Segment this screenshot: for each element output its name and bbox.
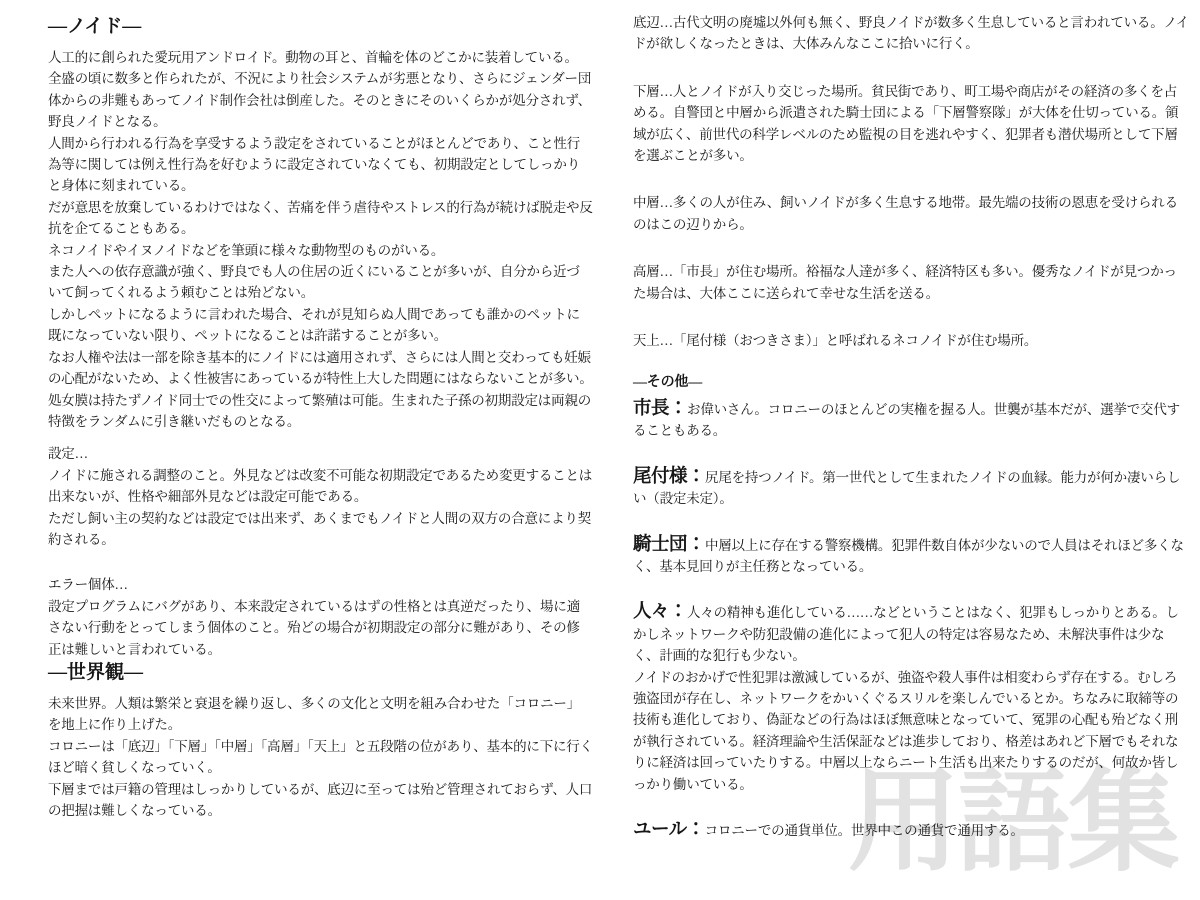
noid-paragraph: 処女膜は持たずノイド同士での性交によって繁殖は可能。生まれた子孫の初期設定は両親… [48,390,593,433]
noid-paragraph: また人への依存意識が強く、野良でも人の住居の近くにいることが多いが、自分から近づ… [48,261,593,304]
term-name: 市長： [633,397,687,418]
right-column: 底辺…古代文明の廃墟以外何も無く、野良ノイドが数多く生息していると言われている。… [633,0,1190,841]
noid-paragraph: 全盛の頃に数多と作られたが、不況により社会システムが劣悪となり、さらにジェンダー… [48,68,593,132]
settei-paragraph: ノイドに施される調整のこと。外見などは改変不可能な初期設定であるため変更すること… [48,465,593,508]
term-entry-otsukisama: 尾付様：尻尾を持つノイド。第一世代として生まれたノイドの血縁。能力が何か凄いらし… [633,465,1190,510]
sekaikan-paragraph: 未来世界。人類は繁栄と衰退を繰り返し、多くの文化と文明を組み合わせた「コロニー」… [48,693,593,736]
term-desc: 人々の精神も進化している……などということはなく、犯罪もしっかりとある。しかしネ… [633,605,1179,663]
error-kotai-paragraph: 設定プログラムにバグがあり、本来設定されているはずの性格とは真逆だったり、場に適… [48,596,593,660]
section-heading-sekaikan: ―世界観― [48,660,593,686]
term-name: 人々： [633,600,687,621]
layer-kasou-paragraph: 下層…人とノイドが入り交じった場所。貧民街であり、町工場や商店がその経済の多くを… [633,81,1190,167]
sekaikan-paragraph: 下層までは戸籍の管理はしっかりしているが、底辺に至っては殆ど管理されておらず、人… [48,779,593,822]
sekaikan-paragraph: コロニーは「底辺」「下層」「中層」「高層」「天上」と五段階の位があり、基本的に下… [48,736,593,779]
layer-chuusou-paragraph: 中層…多くの人が住み、飼いノイドが多く生息する地帯。最先端の技術の恩恵を受けられ… [633,192,1190,235]
noid-paragraph: 人工的に創られた愛玩用アンドロイド。動物の耳と、首輪を体のどこかに装着している。 [48,47,593,68]
noid-paragraph: しかしペットになるように言われた場合、それが見知らぬ人間であっても誰かのペットに… [48,304,593,347]
term-entry-shichou: 市長：お偉いさん。コロニーのほとんどの実権を握る人。世襲が基本だが、選挙で交代す… [633,397,1190,442]
noid-paragraph: なお人権や法は一部を除き基本的にノイドには適用されず、さらには人間と交わっても妊… [48,347,593,390]
term-name: 尾付様： [633,465,705,486]
noid-paragraph: だが意思を放棄しているわけではなく、苦痛を伴う虐待やストレス的行為が続けば脱走や… [48,197,593,240]
term-entry-kishidan: 騎士団：中層以上に存在する警察機構。犯罪件数自体が少ないので人員はそれほど多くな… [633,533,1190,578]
term-name: ユール： [633,818,705,839]
error-kotai-label: エラー個体… [48,574,593,595]
layer-teihen-paragraph: 底辺…古代文明の廃墟以外何も無く、野良ノイドが数多く生息していると言われている。… [633,12,1190,55]
term-desc: 中層以上に存在する警察機構。犯罪件数自体が少ないので人員はそれほど多くなく、基本… [633,538,1184,574]
settei-paragraph: ただし飼い主の契約などは設定では出来ず、あくまでもノイドと人間の双方の合意により… [48,508,593,551]
section-heading-noid: ―ノイド― [48,14,593,40]
term-entry-yuuru: ユール：コロニーでの通貨単位。世界中この通貨で通用する。 [633,818,1190,841]
noid-paragraph: 人間から行われる行為を享受するよう設定をされていることがほとんどであり、こと性行… [48,133,593,197]
section-heading-sonota: ―その他― [633,372,1190,393]
term-desc: コロニーでの通貨単位。世界中この通貨で通用する。 [705,823,1024,838]
term-desc: お偉いさん。コロニーのほとんどの実権を握る人。世襲が基本だが、選挙で交代すること… [633,402,1180,438]
left-column: ―ノイド― 人工的に創られた愛玩用アンドロイド。動物の耳と、首輪を体のどこかに装… [48,0,593,821]
term-entry-hitobito: 人々：人々の精神も進化している……などということはなく、犯罪もしっかりとある。し… [633,600,1190,666]
term-entry-hitobito-continued: ノイドのおかげで性犯罪は激減しているが、強盗や殺人事件は相変わらず存在する。むし… [633,667,1190,795]
settei-label: 設定… [48,443,593,464]
term-desc: 尻尾を持つノイド。第一世代として生まれたノイドの血縁。能力が何か凄いらしい（設定… [633,470,1180,506]
term-name: 騎士団： [633,533,705,554]
layer-tenjou-paragraph: 天上…「尾付様（おつきさま）」と呼ばれるネコノイドが住む場所。 [633,330,1190,351]
layer-kousou-paragraph: 高層…「市長」が住む場所。裕福な人達が多く、経済特区も多い。優秀なノイドが見つか… [633,261,1190,304]
noid-paragraph: ネコノイドやイヌノイドなどを筆頭に様々な動物型のものがいる。 [48,240,593,261]
